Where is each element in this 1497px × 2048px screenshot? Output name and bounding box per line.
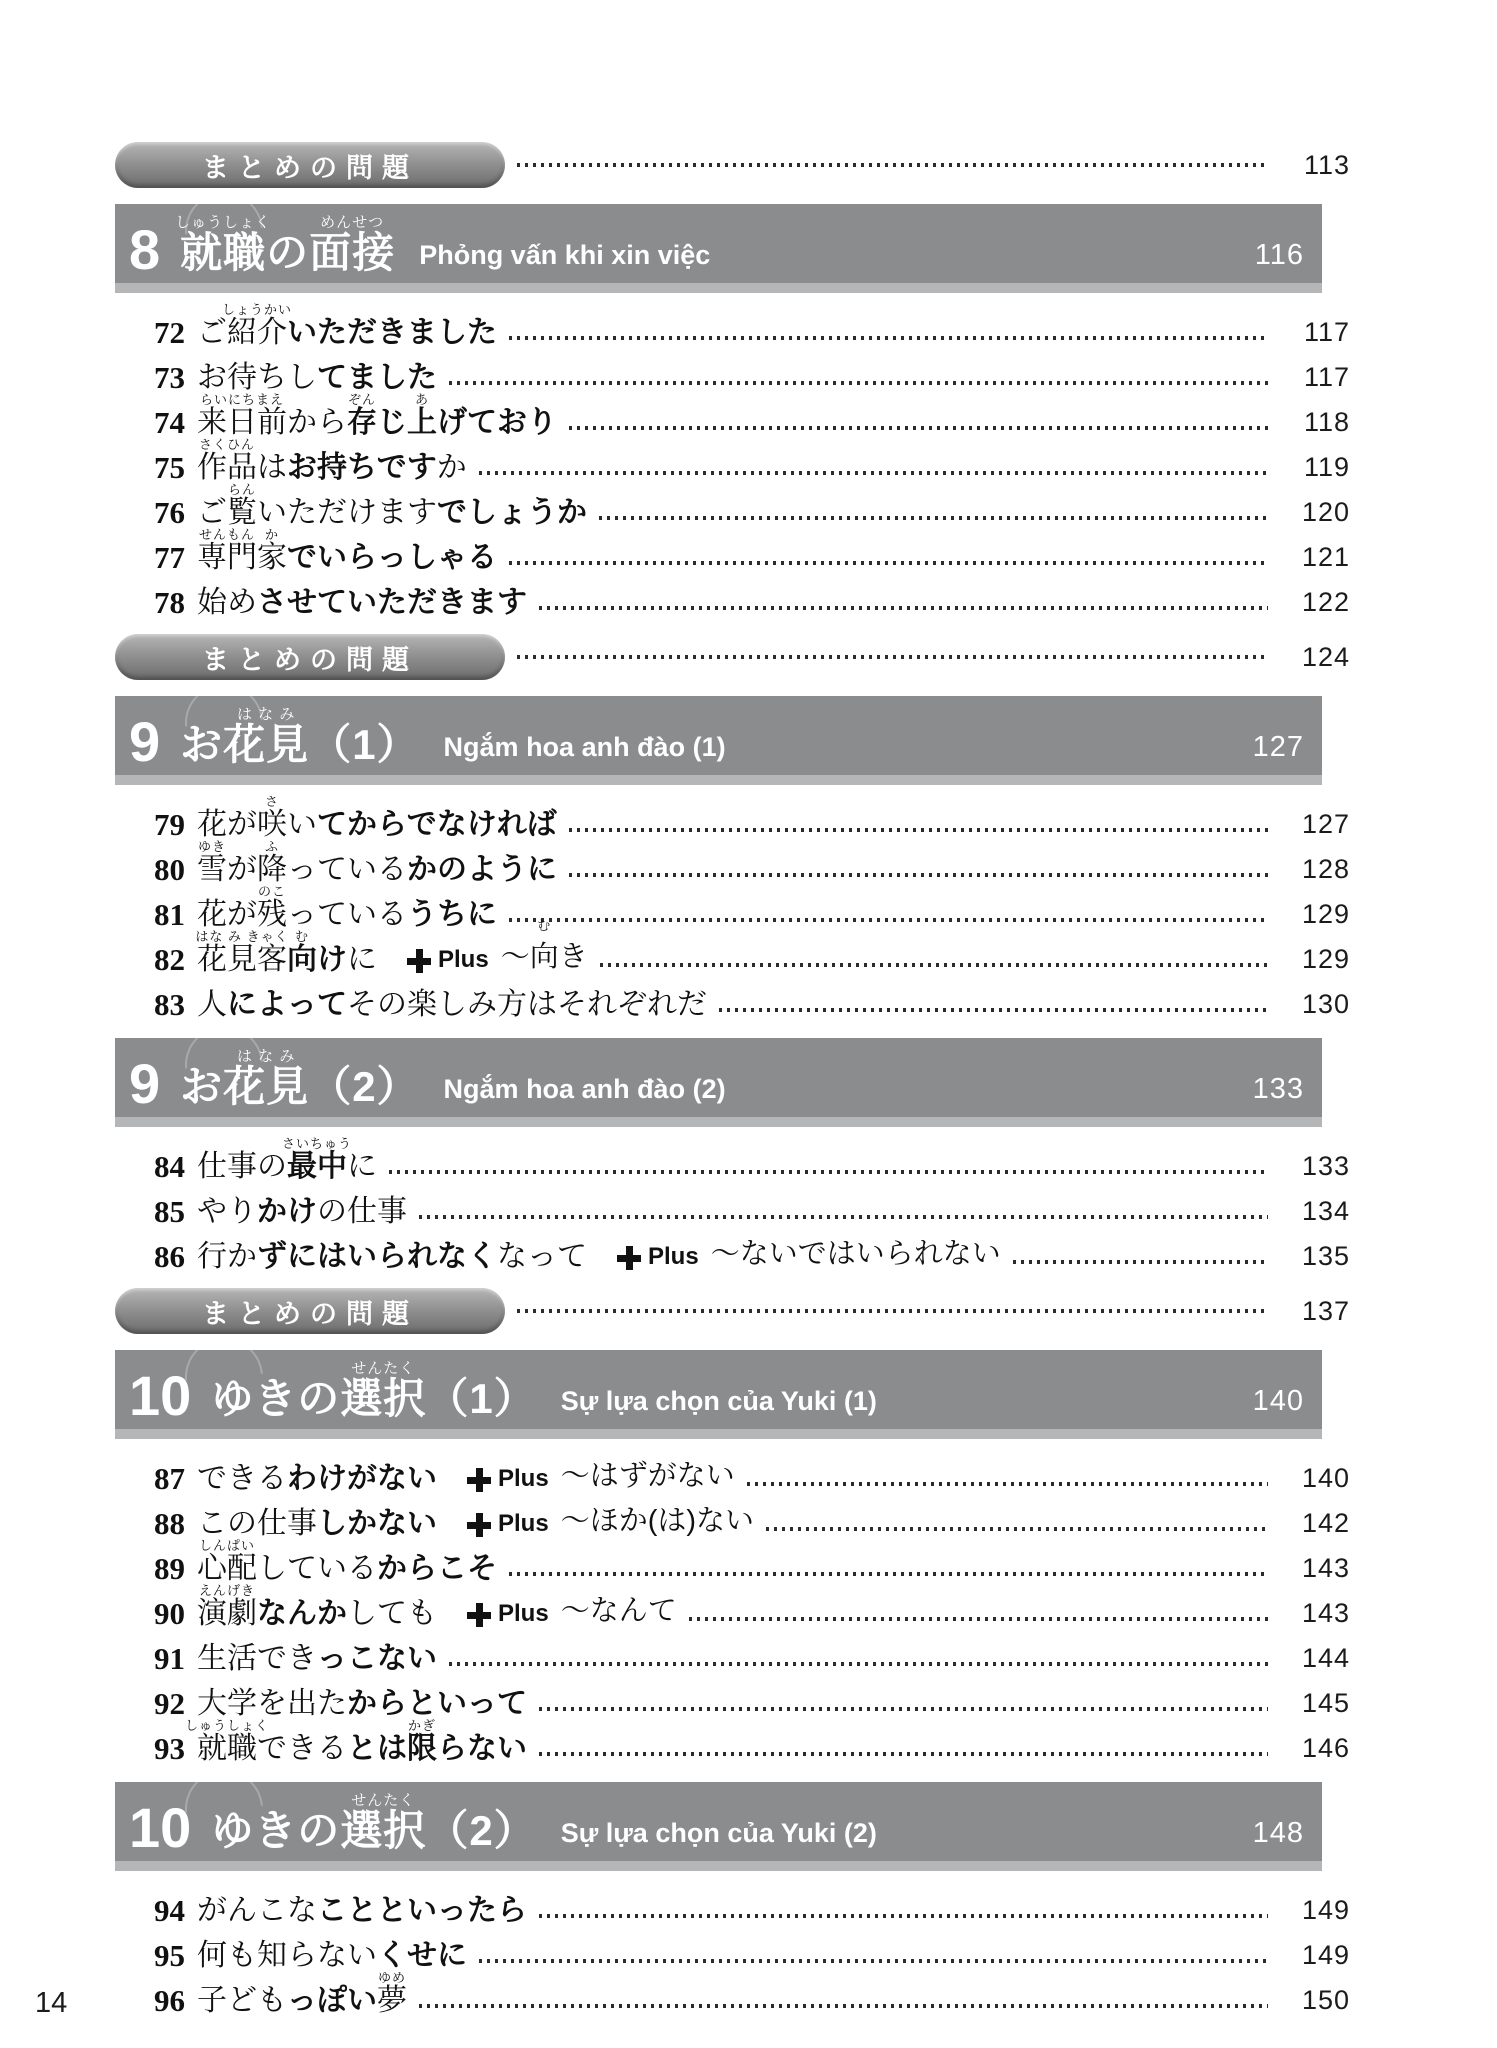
dotted-leader (419, 1215, 1268, 1219)
furigana: せんもん (199, 528, 255, 541)
section-header-bar: 9お花見は な み（1）Ngắm hoa anh đào (1)127 (115, 696, 1322, 775)
furigana: かぎ (408, 1719, 436, 1732)
toc-page: まとめの問題1138就職しゅうしょくの面接めんせつPhỏng vấn khi x… (0, 0, 1497, 2018)
plus-icon (407, 949, 431, 973)
summary-problems-row: まとめの問題113 (115, 142, 1350, 188)
item-number: 96 (115, 1985, 185, 2018)
segment-base: （2） (309, 1063, 419, 1110)
dotted-leader (517, 163, 1268, 167)
section-number: 10 (129, 1804, 191, 1852)
text-segment: 紹介しょうかい (227, 318, 287, 348)
item-number: 83 (115, 989, 185, 1022)
segment-base: しても (347, 1597, 437, 1630)
text-segment: その楽しみ方はそれぞれだ (347, 990, 707, 1020)
items-group: 87できるわけがないPlus～はずがない14088この仕事しかないPlus～ほか… (115, 1451, 1350, 1766)
section-subtitle: Sự lựa chọn của Yuki (1) (561, 1387, 877, 1420)
segment-base: なんか (257, 1597, 347, 1630)
item-title: がんこなことといったら (197, 1896, 527, 1928)
item-number: 77 (115, 542, 185, 575)
section-subtitle: Ngắm hoa anh đào (1) (444, 733, 726, 766)
segment-base: 雪 (197, 853, 227, 886)
text-segment: うちに (407, 900, 497, 930)
text-segment: ～はずがない (561, 1453, 735, 1494)
toc-item-row: 76ご覧らんいただけますでしょうか120 (115, 485, 1350, 530)
item-number: 89 (115, 1553, 185, 1586)
toc-item-row: 91生活できっこない144 (115, 1631, 1350, 1676)
text-segment: 就職しゅうしょく (197, 1734, 257, 1764)
segment-base: 就職 (197, 1732, 257, 1765)
segment-base: は (257, 451, 287, 484)
item-title: 仕事の最中さいちゅうに (197, 1152, 377, 1184)
dotted-leader (449, 1662, 1268, 1666)
item-number: 78 (115, 587, 185, 620)
section-header-underline (115, 1117, 1322, 1127)
segment-base: させていただきます (257, 586, 527, 619)
item-title: 人によってその楽しみ方はそれぞれだ (197, 990, 707, 1022)
page-number: 149 (1280, 1895, 1350, 1928)
dotted-leader (509, 1572, 1268, 1576)
segment-base: に (347, 1150, 377, 1183)
segment-base: 行か (197, 1240, 257, 1273)
section-page-number: 140 (1253, 1385, 1304, 1420)
text-segment: （1） (309, 724, 419, 766)
page-number: 140 (1280, 1463, 1350, 1496)
segment-base: 降 (257, 853, 287, 886)
segment-base: 咲 (257, 808, 287, 841)
page-number: 119 (1280, 452, 1350, 485)
item-title: 行かずにはいられなくなって (197, 1242, 587, 1274)
summary-problems-row: まとめの問題124 (115, 634, 1350, 680)
item-title: 雪ゆきが降ふっているかのように (197, 855, 557, 887)
segment-base: 花見客 (197, 943, 287, 976)
text-segment: に (347, 945, 377, 975)
segment-base: でいらっしゃる (287, 541, 497, 574)
toc-item-row: 83人によってその楽しみ方はそれぞれだ130 (115, 977, 1350, 1022)
segment-base: お (180, 721, 223, 768)
text-segment: しかない (317, 1509, 437, 1539)
item-title: 大学を出たからといって (197, 1689, 527, 1721)
text-segment: げており (437, 408, 557, 438)
text-segment: 選択せんたく (340, 1378, 426, 1420)
furigana: はな み きゃく (195, 930, 288, 943)
toc-item-row: 94がんこなことといったら149 (115, 1883, 1350, 1928)
dotted-leader (539, 1752, 1268, 1756)
furigana: めんせつ (320, 215, 384, 230)
segment-base: じ (377, 406, 407, 439)
segment-base: 就職 (180, 229, 266, 276)
text-segment: ゆきの (211, 1810, 340, 1852)
item-title: 来日前らいにちまえから存ぞんじ上あげており (197, 408, 557, 440)
section-page-number: 116 (1255, 239, 1304, 274)
page-number: 135 (1280, 1241, 1350, 1274)
segment-base: 花が (197, 808, 257, 841)
item-number: 76 (115, 497, 185, 530)
segment-base: やり (197, 1195, 257, 1228)
segment-base: なって (497, 1240, 587, 1273)
toc-item-row: 95何も知らないくせに149 (115, 1928, 1350, 1973)
plus-pattern-text: ～なんて (561, 1588, 677, 1631)
text-segment: っている (287, 855, 407, 885)
page-number: 137 (1280, 1296, 1350, 1327)
toc-item-row: 79花が咲さいてからでなければ127 (115, 797, 1350, 842)
section-number: 9 (129, 718, 160, 766)
page-number: 117 (1280, 317, 1350, 350)
page-number: 143 (1280, 1553, 1350, 1586)
segment-base: しかない (317, 1507, 437, 1540)
toc-item-row: 73お待ちしてました117 (115, 350, 1350, 395)
segment-base: がんこな (197, 1894, 317, 1927)
dotted-leader (599, 516, 1268, 520)
segment-base: 花見 (223, 721, 309, 768)
plus-label: Plus (438, 946, 489, 977)
page-number: 144 (1280, 1643, 1350, 1676)
section-header-underline (115, 283, 1322, 293)
item-number: 85 (115, 1196, 185, 1229)
text-segment: （2） (426, 1810, 536, 1852)
segment-base: 向 (530, 941, 559, 973)
plus-icon (467, 1513, 491, 1537)
item-title: ご紹介しょうかいいただきました (197, 318, 497, 350)
toc-item-row: 92大学を出たからといって145 (115, 1676, 1350, 1721)
item-title: 作品さくひんはお持ちですか (197, 453, 467, 485)
text-segment: 就職しゅうしょく (180, 232, 266, 274)
segment-base: ゆきの (211, 1807, 340, 1854)
segment-base: 夢 (377, 1984, 407, 2017)
text-segment: 作品さくひん (197, 453, 257, 483)
furigana: ゆめ (378, 1971, 406, 1984)
toc-item-row: 88この仕事しかないPlus～ほか(は)ない142 (115, 1496, 1350, 1541)
section-title: 就職しゅうしょくの面接めんせつ (180, 232, 395, 274)
segment-base: 仕事の (197, 1150, 287, 1183)
dotted-leader (600, 963, 1268, 967)
item-title: やりかけの仕事 (197, 1197, 407, 1229)
section-header-underline (115, 1861, 1322, 1871)
segment-base: 紹介 (227, 316, 287, 349)
text-segment: に (347, 1152, 377, 1182)
item-title: できるわけがない (197, 1464, 437, 1496)
segment-base: 子ども (197, 1984, 287, 2017)
text-segment: 花見客はな み きゃく (197, 945, 287, 975)
section-header-bar: 8就職しゅうしょくの面接めんせつPhỏng vấn khi xin việc11… (115, 204, 1322, 283)
text-segment: 子ども (197, 1986, 287, 2016)
segment-base: 家 (257, 541, 287, 574)
segment-base: 生活でき (197, 1642, 317, 1675)
segment-base: とは (347, 1732, 407, 1765)
segment-base: 大学を出た (197, 1687, 347, 1720)
item-title: 心配しんぱいしているからこそ (197, 1554, 497, 1586)
plus-label: Plus (498, 1600, 549, 1631)
plus-label: Plus (498, 1510, 549, 1541)
segment-base: している (257, 1552, 377, 1585)
segment-base: に (347, 943, 377, 976)
text-segment: 選択せんたく (340, 1810, 426, 1852)
item-title: お待ちしてました (197, 363, 437, 395)
furigana: せんたく (351, 1361, 415, 1376)
segment-base: によって (227, 988, 347, 1021)
text-segment: 心配しんぱい (197, 1554, 257, 1584)
text-segment: ことといったら (317, 1896, 527, 1926)
items-group: 84仕事の最中さいちゅうに13385やりかけの仕事13486行かずにはいられなく… (115, 1139, 1350, 1274)
item-number: 72 (115, 317, 185, 350)
item-title: 始めさせていただきます (197, 588, 527, 620)
text-segment: じ (377, 408, 407, 438)
toc-item-row: 93就職しゅうしょくできるとは限かぎらない146 (115, 1721, 1350, 1766)
text-segment: 何も知らない (197, 1941, 377, 1971)
furigana: さ (265, 795, 279, 808)
section-page-number: 148 (1253, 1817, 1304, 1852)
text-segment: によって (227, 990, 347, 1020)
page-number: 113 (1280, 150, 1350, 181)
plus-pattern-text: ～ないではいられない (711, 1231, 1001, 1274)
dotted-leader (509, 918, 1268, 922)
segment-base: 限 (407, 1732, 437, 1765)
section-subtitle: Ngắm hoa anh đào (2) (444, 1075, 726, 1108)
text-segment: かけ (257, 1197, 317, 1227)
item-title: 生活できっこない (197, 1644, 437, 1676)
furigana: せんたく (351, 1793, 415, 1808)
page-number: 122 (1280, 587, 1350, 620)
text-segment: できる (257, 1734, 347, 1764)
page-number: 150 (1280, 1985, 1350, 2018)
plus-pattern: Plus～ほか(は)ない (467, 1498, 754, 1541)
text-segment: ご (197, 318, 227, 348)
items-group: 72ご紹介しょうかいいただきました11773お待ちしてました11774来日前らい… (115, 305, 1350, 620)
item-title: この仕事しかない (197, 1509, 437, 1541)
page-number: 142 (1280, 1508, 1350, 1541)
section-number: 10 (129, 1372, 191, 1420)
segment-base: いただきました (287, 316, 497, 349)
page-number: 130 (1280, 989, 1350, 1022)
text-segment: でしょうか (437, 498, 587, 528)
segment-base: らない (437, 1732, 527, 1765)
furigana: らん (228, 483, 256, 496)
toc-item-row: 74来日前らいにちまえから存ぞんじ上あげており118 (115, 395, 1350, 440)
toc-item-row: 89心配しんぱいしているからこそ143 (115, 1541, 1350, 1586)
toc-item-row: 86行かずにはいられなくなってPlus～ないではいられない135 (115, 1229, 1350, 1274)
text-segment: 雪ゆき (197, 855, 227, 885)
item-title: 花が残のこっているうちに (197, 900, 497, 932)
dotted-leader (517, 655, 1268, 659)
plus-label: Plus (648, 1243, 699, 1274)
dotted-leader (479, 471, 1268, 475)
item-title: 何も知らないくせに (197, 1941, 467, 1973)
item-number: 86 (115, 1241, 185, 1274)
item-number: 90 (115, 1598, 185, 1631)
text-segment: 咲さ (257, 810, 287, 840)
segment-base: てました (317, 361, 437, 394)
dotted-leader (509, 336, 1268, 340)
item-title: 専門せんもん家かでいらっしゃる (197, 543, 497, 575)
text-segment: 花見は な み (223, 724, 309, 766)
text-segment: 始め (197, 588, 257, 618)
item-number: 88 (115, 1508, 185, 1541)
dotted-leader (419, 2004, 1268, 2008)
plus-pattern: Plus～なんて (467, 1588, 677, 1631)
plus-icon (617, 1246, 641, 1270)
item-number: 80 (115, 854, 185, 887)
segment-base: ご (197, 316, 227, 349)
item-number: 91 (115, 1643, 185, 1676)
text-segment: やり (197, 1197, 257, 1227)
text-segment: 生活でき (197, 1644, 317, 1674)
text-segment: がんこな (197, 1896, 317, 1926)
section-header: 9お花見は な み（2）Ngắm hoa anh đào (2)133 (115, 1038, 1322, 1127)
page-number: 117 (1280, 362, 1350, 395)
plus-pattern-text: ～向むき (501, 934, 588, 977)
item-number: 87 (115, 1463, 185, 1496)
text-segment: から (287, 408, 347, 438)
furigana: さくひん (199, 438, 255, 451)
text-segment: 限かぎ (407, 1734, 437, 1764)
items-group: 79花が咲さいてからでなければ12780雪ゆきが降ふっているかのように12881… (115, 797, 1350, 1022)
toc-item-row: 75作品さくひんはお持ちですか119 (115, 440, 1350, 485)
page-number: 146 (1280, 1733, 1350, 1766)
text-segment: け (317, 945, 347, 975)
page-number: 120 (1280, 497, 1350, 530)
text-segment: ゆきの (211, 1378, 340, 1420)
segment-base: の仕事 (317, 1195, 407, 1228)
text-segment: 最中さいちゅう (287, 1152, 347, 1182)
item-title: 就職しゅうしょくできるとは限かぎらない (197, 1734, 527, 1766)
segment-base: ～ないではいられない (711, 1238, 1001, 1270)
page-number: 121 (1280, 542, 1350, 575)
section-page-number: 133 (1253, 1073, 1304, 1108)
text-segment: 上あ (407, 408, 437, 438)
text-segment: 家か (257, 543, 287, 573)
page-number: 129 (1280, 899, 1350, 932)
item-title: ご覧らんいただけますでしょうか (197, 498, 587, 530)
item-number: 75 (115, 452, 185, 485)
section-header: 10ゆきの選択せんたく（2）Sự lựa chọn của Yuki (2)14… (115, 1782, 1322, 1871)
text-segment: 存ぞん (347, 408, 377, 438)
segment-base: 面接 (309, 229, 395, 276)
segment-base: その楽しみ方はそれぞれだ (347, 988, 707, 1021)
text-segment: ～ (501, 934, 530, 975)
section-title: ゆきの選択せんたく（2） (211, 1810, 536, 1852)
section-subtitle: Sự lựa chọn của Yuki (2) (561, 1819, 877, 1852)
dotted-leader (747, 1482, 1268, 1486)
furigana: らいにちまえ (200, 393, 284, 406)
segment-base: き (559, 941, 588, 973)
text-segment: の (266, 232, 309, 274)
item-title: 花見客はな み きゃく向むけに (197, 945, 377, 977)
furigana: えんげき (199, 1584, 255, 1597)
summary-problems-badge: まとめの問題 (115, 1288, 505, 1334)
text-segment: 行か (197, 1242, 257, 1272)
section-header: 9お花見は な み（1）Ngắm hoa anh đào (1)127 (115, 696, 1322, 785)
text-segment: 残のこ (257, 900, 287, 930)
segment-base: いただけます (257, 496, 437, 529)
plus-pattern: Plus～はずがない (467, 1453, 735, 1496)
item-number: 93 (115, 1733, 185, 1766)
plus-icon (467, 1468, 491, 1492)
item-number: 95 (115, 1940, 185, 1973)
summary-problems-badge: まとめの問題 (115, 142, 505, 188)
section-header: 8就職しゅうしょくの面接めんせつPhỏng vấn khi xin việc11… (115, 204, 1322, 293)
furigana: しんぱい (199, 1539, 255, 1552)
toc-item-row: 78始めさせていただきます122 (115, 575, 1350, 620)
text-segment: できる (197, 1464, 287, 1494)
text-segment: は (257, 453, 287, 483)
segment-base: 花が (197, 898, 257, 931)
book-page-number: 14 (35, 1987, 67, 2020)
section-number: 9 (129, 1060, 160, 1108)
text-segment: っこない (317, 1644, 437, 1674)
furigana: は な み (237, 707, 295, 722)
segment-base: 上 (407, 406, 437, 439)
segment-base: 選択 (340, 1375, 426, 1422)
page-number: 133 (1280, 1151, 1350, 1184)
text-segment: （1） (426, 1378, 536, 1420)
plus-pattern: Plus～ないではいられない (617, 1231, 1001, 1274)
item-number: 94 (115, 1895, 185, 1928)
page-number: 149 (1280, 1940, 1350, 1973)
text-segment: からといって (347, 1689, 527, 1719)
segment-base: お (180, 1063, 223, 1110)
segment-base: っている (287, 853, 407, 886)
segment-base: っこない (317, 1642, 437, 1675)
plus-label: Plus (498, 1465, 549, 1496)
text-segment: しても (347, 1599, 437, 1629)
toc-item-row: 85やりかけの仕事134 (115, 1184, 1350, 1229)
segment-base: 向 (287, 943, 317, 976)
text-segment: っぽい (287, 1986, 377, 2016)
dotted-leader (569, 426, 1268, 430)
segment-base: ずにはいられなく (257, 1240, 497, 1273)
text-segment: 降ふ (257, 855, 287, 885)
text-segment: なんか (257, 1599, 347, 1629)
section-title: ゆきの選択せんたく（1） (211, 1378, 536, 1420)
page-number: 127 (1280, 809, 1350, 842)
segment-base: ～はずがない (561, 1460, 735, 1492)
toc-item-row: 81花が残のこっているうちに129 (115, 887, 1350, 932)
segment-base: 心配 (197, 1552, 257, 1585)
furigana: む (537, 919, 551, 932)
dotted-leader (539, 1914, 1268, 1918)
segment-base: から (287, 406, 347, 439)
text-segment: なって (497, 1242, 587, 1272)
furigana: のこ (258, 885, 286, 898)
item-number: 82 (115, 944, 185, 977)
segment-base: この仕事 (197, 1507, 317, 1540)
segment-base: け (317, 943, 347, 976)
furigana: ぞん (348, 393, 376, 406)
section-subtitle: Phỏng vấn khi xin việc (419, 241, 710, 274)
segment-base: っぽい (287, 1984, 377, 2017)
items-group: 94がんこなことといったら14995何も知らないくせに14996子どもっぽい夢ゆ… (115, 1883, 1350, 2018)
segment-base: 残 (257, 898, 287, 931)
summary-problems-badge: まとめの問題 (115, 634, 505, 680)
segment-base: 専門 (197, 541, 257, 574)
page-number: 129 (1280, 944, 1350, 977)
text-segment: らない (437, 1734, 527, 1764)
furigana: ゆき (198, 840, 226, 853)
text-segment: っている (287, 900, 407, 930)
text-segment: わけがない (287, 1464, 437, 1494)
segment-base: （1） (426, 1375, 536, 1422)
text-segment: ご (197, 498, 227, 528)
segment-base: わけがない (287, 1462, 437, 1495)
section-header: 10ゆきの選択せんたく（1）Sự lựa chọn của Yuki (1)14… (115, 1350, 1322, 1439)
segment-base: 覧 (227, 496, 257, 529)
page-number: 118 (1280, 407, 1350, 440)
dotted-leader (479, 1959, 1268, 1963)
text-segment: させていただきます (257, 588, 527, 618)
toc-item-row: 80雪ゆきが降ふっているかのように128 (115, 842, 1350, 887)
page-number: 124 (1280, 642, 1350, 673)
furigana: ふ (265, 840, 279, 853)
dotted-leader (766, 1527, 1268, 1531)
